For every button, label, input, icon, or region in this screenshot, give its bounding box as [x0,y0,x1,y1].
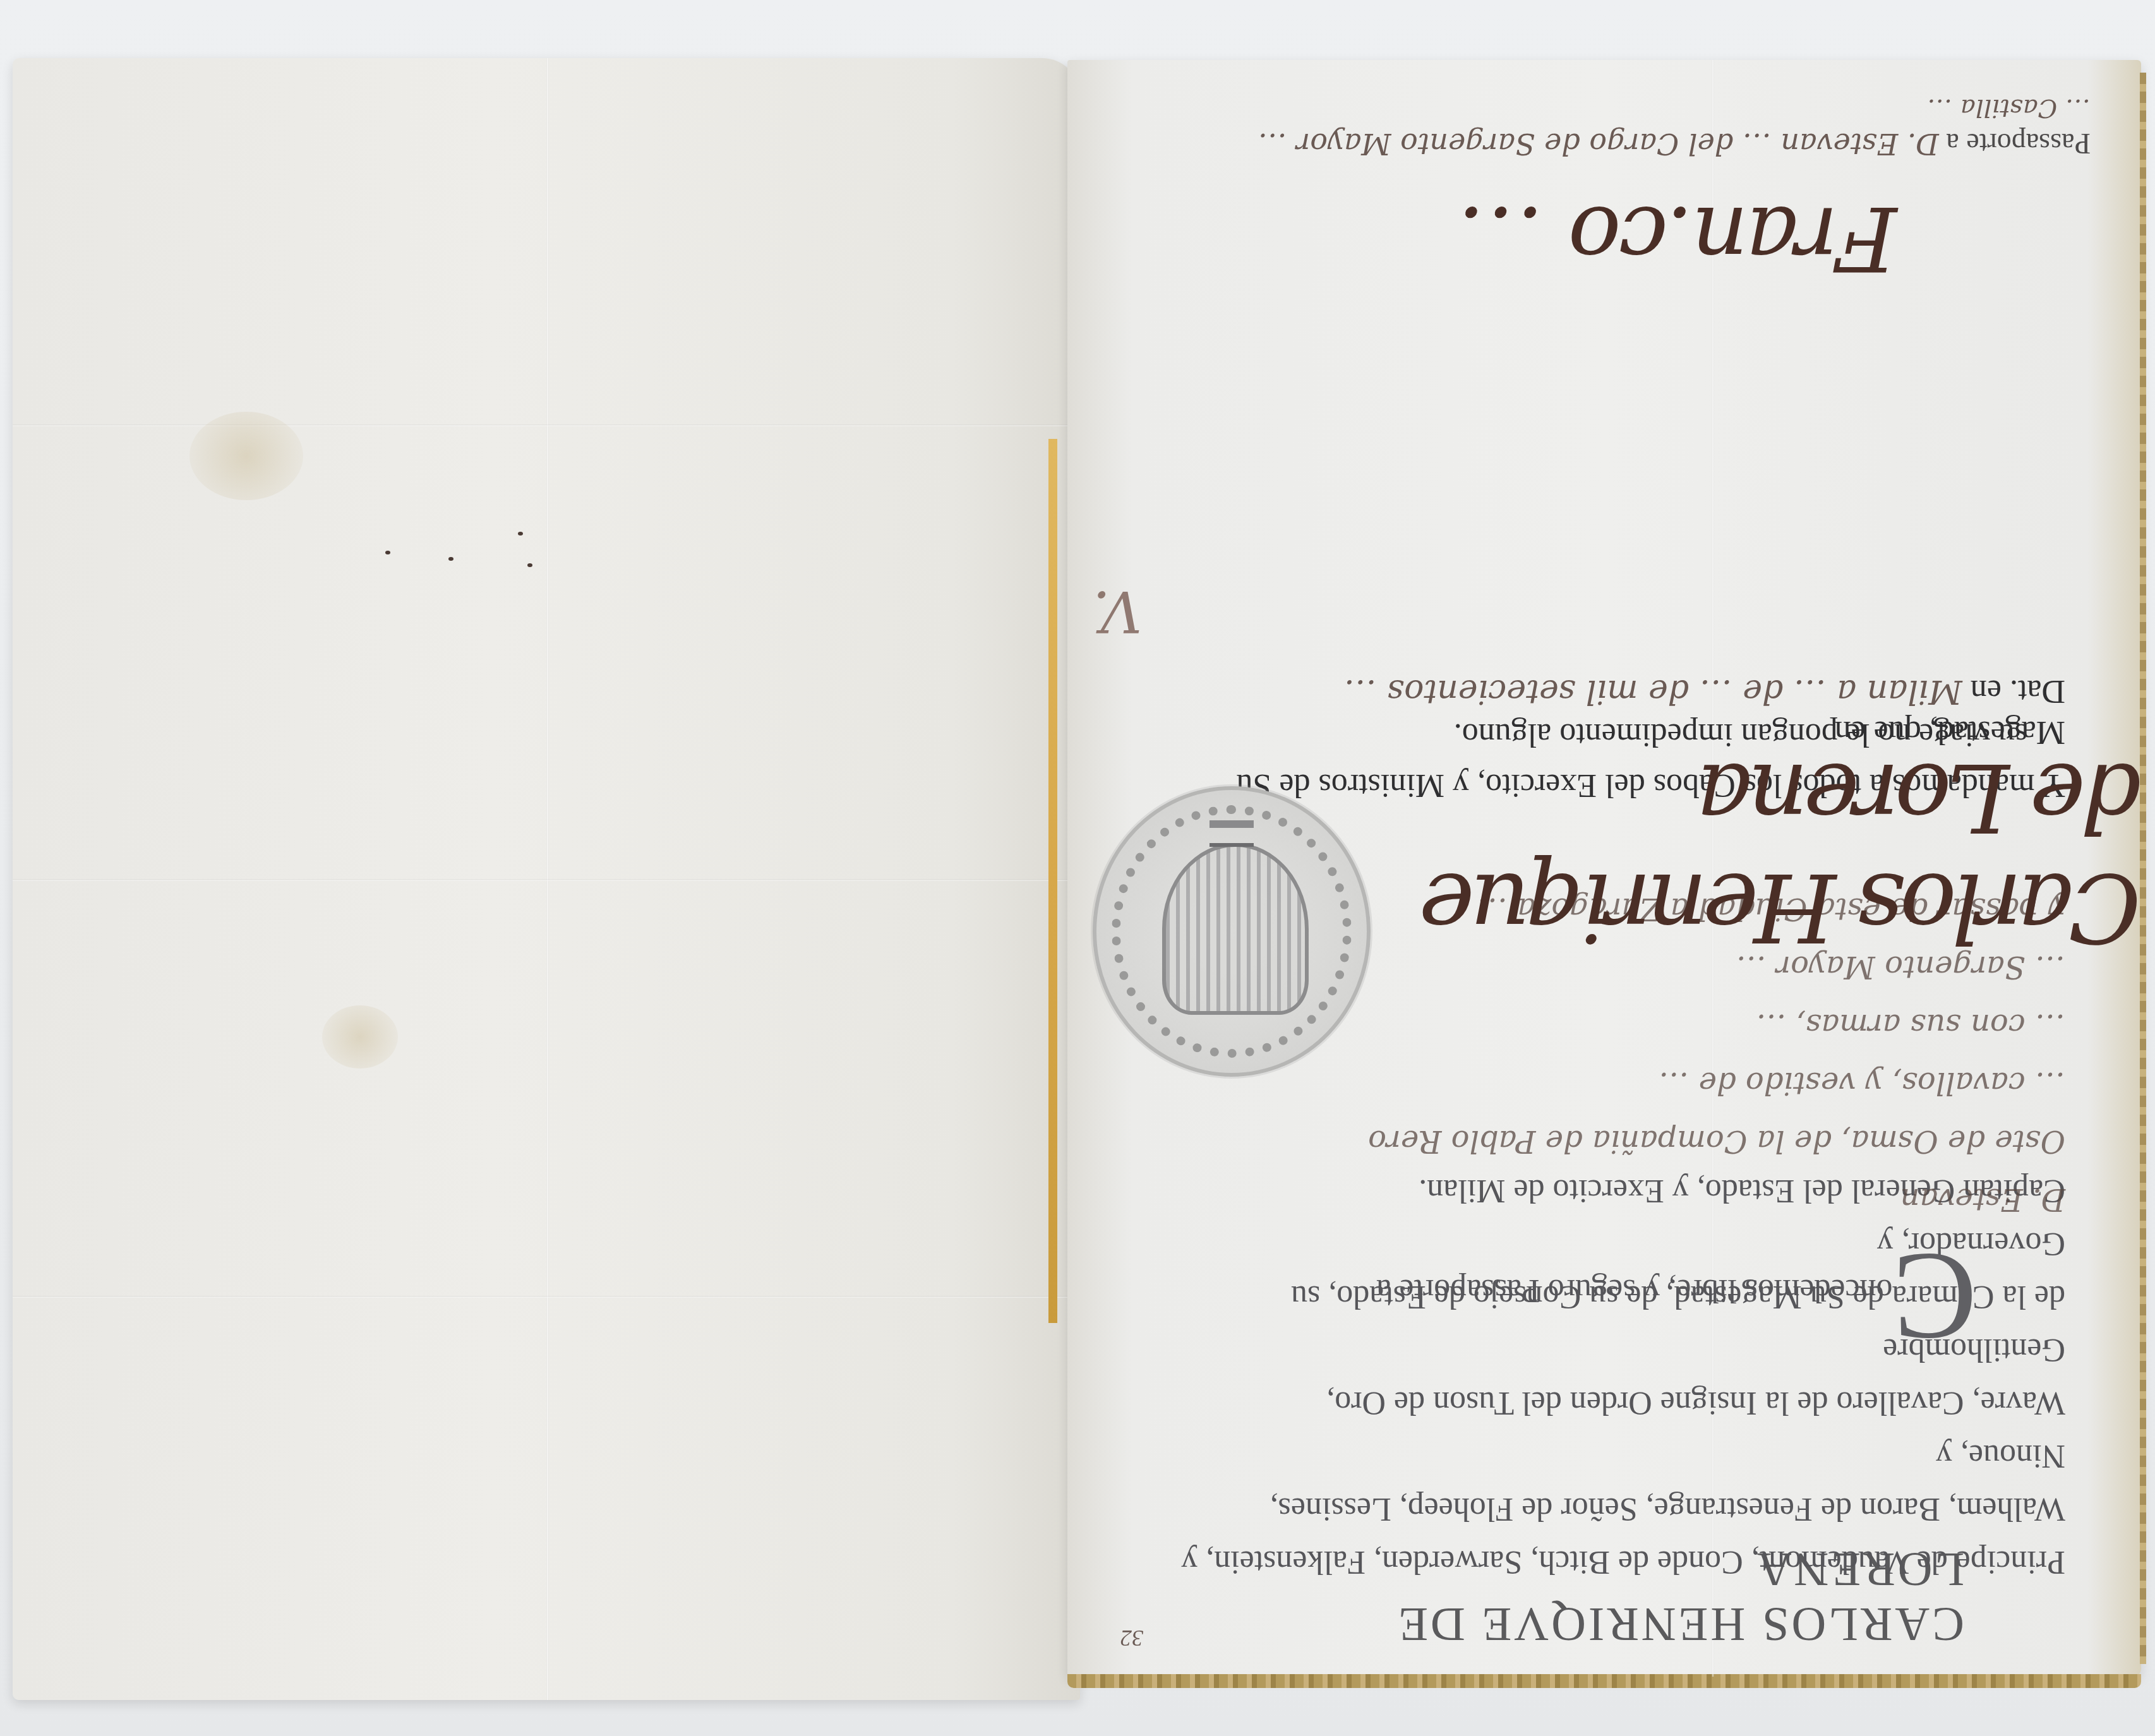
ink-spot [385,551,390,554]
foxing-stain [189,412,303,500]
paper-seal: printed paper seal with coat of arms, cr… [1093,786,1371,1077]
date-line: Dat. en Milan a … de … de mil seteciento… [1181,673,2065,710]
initial-mark: V. [1093,578,1142,644]
endorsement: Passaporte a D. Estevan … del Cargo de S… [1143,127,2091,161]
horizontal-fold [13,879,1080,881]
folio-mark: 32 [1120,1625,1143,1651]
ink-spot [448,557,453,561]
horizontal-fold [13,1296,1080,1298]
photo-stage: CARLOS HENRIQVE DE LORENA Principe de Va… [0,0,2155,1736]
seal-crown-icon [1210,805,1254,847]
right-page-recto: CARLOS HENRIQVE DE LORENA Principe de Va… [1067,60,2141,1677]
coat-of-arms-icon [1162,843,1309,1015]
secretary-signature: Fran.co … [1459,186,1897,289]
foxing-stain [322,1005,398,1069]
grant-line: Concedemos libre, y seguro Passaporte a [1251,1264,1977,1323]
ink-spot [518,532,523,536]
horizontal-fold [13,424,1080,426]
title-line: Principe de Vaudemont, Conde de Bitch, S… [1181,1535,2065,1588]
endorsement-line-2: … Castilla … [1143,93,2091,123]
left-page-verso [13,58,1080,1700]
gilt-edge [1048,439,1057,1323]
title-line: Walhem, Baron de Fenestrange, Señor de F… [1181,1429,2065,1535]
dropcap: C [1893,1227,1977,1367]
ink-spot [527,563,532,567]
main-signature: Carlos Henrique de Lorena [1421,742,2141,962]
